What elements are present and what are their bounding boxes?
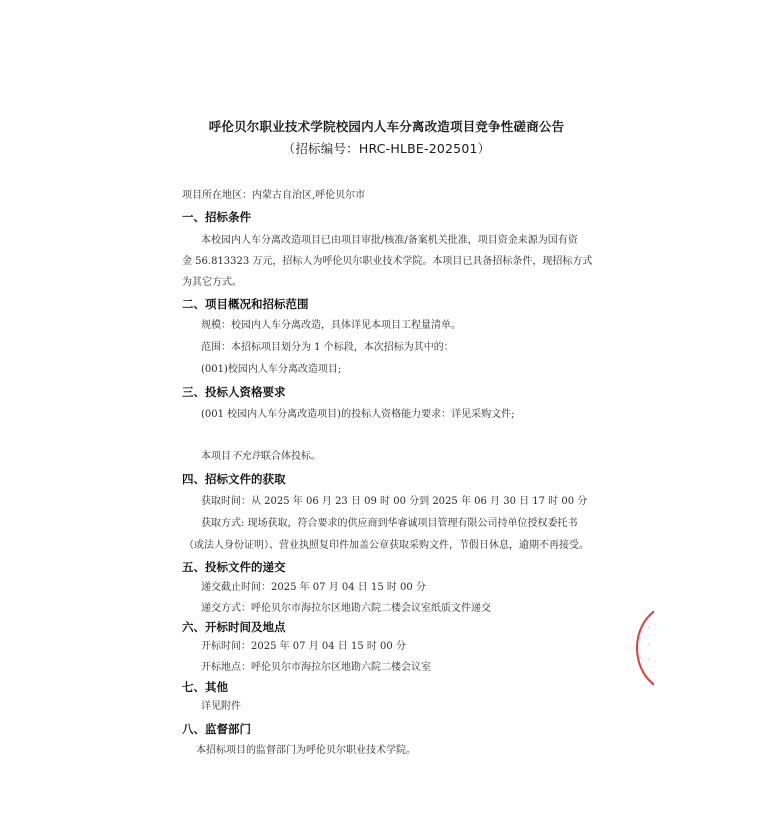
- seal-ring: [636, 604, 654, 692]
- section-heading-1: 一、招标条件: [182, 210, 251, 224]
- section-3-line-2: 本项目不允许联合体投标。: [201, 451, 321, 463]
- section-heading-4: 四、招标文件的获取: [182, 472, 286, 486]
- section-heading-2: 二、项目概况和招标范围: [182, 297, 309, 311]
- section-heading-3: 三、投标人资格要求: [182, 385, 286, 399]
- section-2-line-2: 范围：本招标项目划分为 1 个标段，本次招标为其中的：: [201, 342, 454, 354]
- seal-text-fragment: ·: [648, 642, 650, 649]
- section-3-line-1: (001 校园内人车分离改造项目)的投标人资格能力要求：详见采购文件;: [201, 409, 514, 421]
- section-8-line-1: 本招标项目的监督部门为呼伦贝尔职业技术学院。: [196, 745, 416, 757]
- section-5-line-1: 递交截止时间：2025 年 07 月 04 日 15 时 00 分: [201, 582, 426, 594]
- project-region: 项目所在地区：内蒙古自治区,呼伦贝尔市: [182, 190, 365, 202]
- section-2-line-3: (001)校园内人车分离改造项目;: [201, 364, 341, 376]
- tender-number: （招标编号：HRC-HLBE-202501）: [0, 139, 773, 157]
- section-1-line-3: 为其它方式。: [182, 277, 242, 289]
- section-5-line-2: 递交方式：呼伦贝尔市海拉尔区地勘六院二楼会议室纸质文件递交: [201, 603, 491, 615]
- section-heading-7: 七、其他: [182, 680, 228, 694]
- section-1-line-2: 金 56.813323 万元，招标人为呼伦贝尔职业技术学院。本项目已具备招标条件…: [182, 256, 592, 268]
- document-title: 呼伦贝尔职业技术学院校园内人车分离改造项目竞争性磋商公告: [0, 117, 773, 135]
- section-heading-5: 五、投标文件的递交: [182, 560, 286, 574]
- section-heading-6: 六、开标时间及地点: [182, 620, 286, 634]
- not-allowed-text: 不允许: [231, 451, 261, 462]
- section-4-line-3: （或法人身份证明）、营业执照复印件加盖公章获取采购文件，节假日休息，逾期不再接受…: [184, 540, 589, 552]
- official-seal-stamp: · · ·: [620, 595, 654, 695]
- section-7-line-1: 详见附件: [201, 701, 241, 713]
- section-2-line-1: 规模：校园内人车分离改造，具体详见本项目工程量清单。: [201, 320, 461, 332]
- seal-text-fragment: ·: [648, 657, 650, 664]
- section-6-line-2: 开标地点：呼伦贝尔市海拉尔区地勘六院二楼会议室: [201, 662, 431, 674]
- document-page: 呼伦贝尔职业技术学院校园内人车分离改造项目竞争性磋商公告 （招标编号：HRC-H…: [0, 0, 773, 829]
- section-heading-8: 八、监督部门: [182, 722, 251, 736]
- section-1-line-1: 本校园内人车分离改造项目已由项目审批/核准/备案机关批准，项目资金来源为国有资: [201, 235, 578, 247]
- section-4-line-1: 获取时间：从 2025 年 06 月 23 日 09 时 00 分到 2025 …: [201, 496, 587, 508]
- section-6-line-1: 开标时间：2025 年 07 月 04 日 15 时 00 分: [201, 641, 406, 653]
- section-4-line-2: 获取方式: 现场获取，符合要求的供应商到华睿诚项目管理有限公司持单位授权委托书: [201, 518, 578, 530]
- seal-text-fragment: ·: [648, 625, 650, 632]
